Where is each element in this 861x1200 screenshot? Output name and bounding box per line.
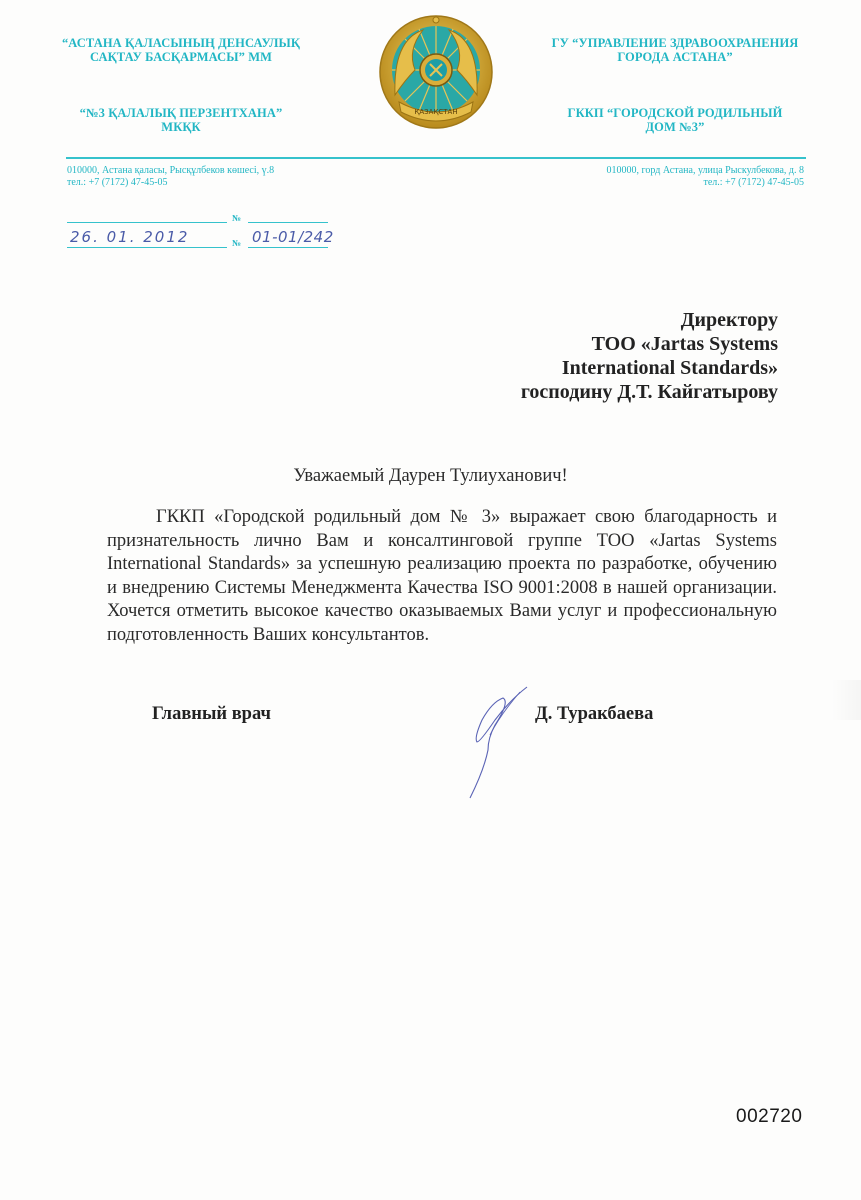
- org-kz-line2: САҚТАУ БАСҚАРМАСЫ” ММ: [56, 50, 306, 64]
- phone-ru: тел.: +7 (7172) 47-45-05: [607, 177, 804, 189]
- letterhead-right-sub: ГККП “ГОРОДСКОЙ РОДИЛЬНЫЙ ДОМ №3”: [540, 106, 810, 134]
- kazakhstan-emblem-icon: ҚАЗАҚСТАН: [375, 0, 497, 140]
- sub-kz-line1: “№3 ҚАЛАЛЫҚ ПЕРЗЕНТХАНА”: [56, 106, 306, 120]
- org-kz-line1: “АСТАНА ҚАЛАСЫНЫҢ ДЕНСАУЛЫҚ: [56, 36, 306, 50]
- address-ru: 010000, горд Астана, улица Рыскулбекова,…: [607, 165, 804, 177]
- greeting: Уважаемый Даурен Тулиуханович!: [0, 466, 861, 487]
- document-number: 002720: [736, 1106, 802, 1128]
- addressee-company-2: International Standards»: [521, 356, 778, 380]
- signatory-name: Д. Туракбаева: [535, 704, 653, 725]
- addressee-title: Директору: [521, 308, 778, 332]
- number-line: [248, 247, 328, 248]
- address-right: 010000, горд Астана, улица Рыскулбекова,…: [607, 165, 804, 188]
- date-line: [67, 247, 227, 248]
- addressee-name: господину Д.Т. Кайгатырову: [521, 380, 778, 404]
- registration-date: 26. 01. 2012: [70, 228, 189, 246]
- date-line-blank: [67, 222, 227, 223]
- sub-ru-line1: ГККП “ГОРОДСКОЙ РОДИЛЬНЫЙ: [540, 106, 810, 120]
- addressee-block: Директору ТОО «Jartas Systems Internatio…: [521, 308, 778, 404]
- svg-text:ҚАЗАҚСТАН: ҚАЗАҚСТАН: [414, 108, 457, 116]
- org-ru-line2: ГОРОДА АСТАНА”: [540, 50, 810, 64]
- phone-kz: тел.: +7 (7172) 47-45-05: [67, 177, 274, 189]
- org-ru-line1: ГУ “УПРАВЛЕНИЕ ЗДРАВООХРАНЕНИЯ: [540, 36, 810, 50]
- address-left: 010000, Астана қаласы, Рысқұлбеков көшес…: [67, 165, 274, 188]
- letterhead-left-org: “АСТАНА ҚАЛАСЫНЫҢ ДЕНСАУЛЫҚ САҚТАУ БАСҚА…: [56, 36, 306, 64]
- handwritten-signature-icon: [400, 680, 550, 800]
- addressee-company-1: ТОО «Jartas Systems: [521, 332, 778, 356]
- signatory-position: Главный врач: [152, 704, 271, 725]
- letterhead-divider: [66, 157, 806, 159]
- number-line-blank: [248, 222, 328, 223]
- letterhead-left-sub: “№3 ҚАЛАЛЫҚ ПЕРЗЕНТХАНА” МКҚК: [56, 106, 306, 134]
- registration-number: 01-01/242: [252, 228, 334, 246]
- sub-ru-line2: ДОМ №3”: [540, 120, 810, 134]
- number-symbol-2: №: [232, 238, 241, 248]
- letterhead-right-org: ГУ “УПРАВЛЕНИЕ ЗДРАВООХРАНЕНИЯ ГОРОДА АС…: [540, 36, 810, 64]
- number-symbol: №: [232, 213, 241, 223]
- letter-body: ГККП «Городской родильный дом № 3» выраж…: [107, 506, 777, 647]
- sub-kz-line2: МКҚК: [56, 120, 306, 134]
- page-fold-shadow: [831, 680, 861, 720]
- address-kz: 010000, Астана қаласы, Рысқұлбеков көшес…: [67, 165, 274, 177]
